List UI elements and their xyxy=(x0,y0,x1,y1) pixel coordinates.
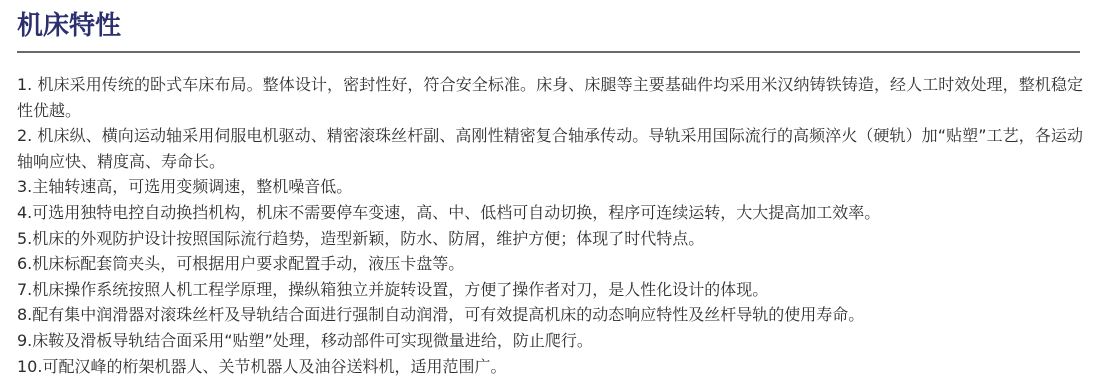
feature-item-9: 9.床鞍及滑板导轨结合面采用“贴塑”处理，移动部件可实现微量进给，防止爬行。 xyxy=(17,328,1083,354)
feature-item-10: 10.可配汉峰的桁架机器人、关节机器人及油谷送料机，适用范围广。 xyxy=(17,354,1083,380)
feature-item-6: 6.机床标配套筒夹头，可根据用户要求配置手动，液压卡盘等。 xyxy=(17,251,1083,277)
feature-item-4: 4.可选用独特电控自动换挡机构，机床不需要停车变速，高、中、低档可自动切换，程序… xyxy=(17,200,1083,226)
feature-item-8: 8.配有集中润滑器对滚珠丝杆及导轨结合面进行强制自动润滑，可有效提高机床的动态响… xyxy=(17,302,1083,328)
title-divider xyxy=(17,51,1080,53)
feature-list: 1. 机床采用传统的卧式车床布局。整体设计，密封性好，符合安全标准。床身、床腿等… xyxy=(17,72,1083,379)
section-title: 机床特性 xyxy=(17,8,121,44)
feature-item-3: 3.主轴转速高，可选用变频调速，整机噪音低。 xyxy=(17,174,1083,200)
feature-item-1: 1. 机床采用传统的卧式车床布局。整体设计，密封性好，符合安全标准。床身、床腿等… xyxy=(17,72,1083,123)
feature-item-2: 2. 机床纵、横向运动轴采用伺服电机驱动、精密滚珠丝杆副、高刚性精密复合轴承传动… xyxy=(17,123,1083,174)
feature-item-5: 5.机床的外观防护设计按照国际流行趋势，造型新颖，防水、防屑，维护方便；体现了时… xyxy=(17,226,1083,252)
feature-item-7: 7.机床操作系统按照人机工程学原理，操纵箱独立并旋转设置，方便了操作者对刀，是人… xyxy=(17,277,1083,303)
